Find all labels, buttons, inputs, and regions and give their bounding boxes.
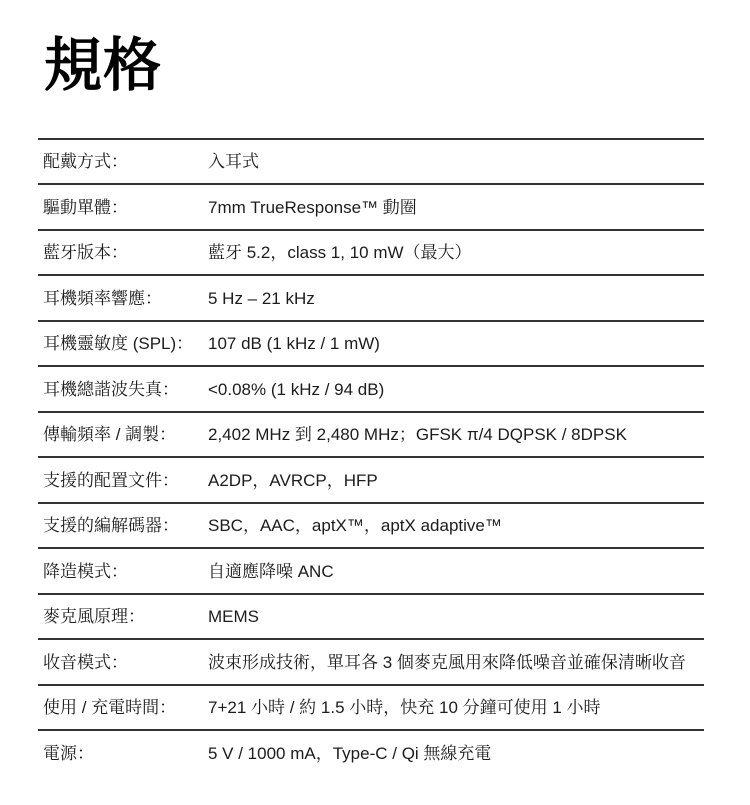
spec-table-row: 降造模式： 自適應降噪 ANC <box>38 547 704 593</box>
spec-table-row: 使用 / 充電時間： 7+21 小時 / 約 1.5 小時，快充 10 分鐘可使… <box>38 684 704 730</box>
spec-row-value: 7+21 小時 / 約 1.5 小時，快充 10 分鐘可使用 1 小時 <box>208 697 704 718</box>
spec-row-value: 入耳式 <box>208 151 704 172</box>
spec-table-row: 藍牙版本： 藍牙 5.2，class 1, 10 mW（最大） <box>38 229 704 275</box>
spec-row-value: 自適應降噪 ANC <box>208 561 704 582</box>
spec-table-row: 耳機頻率響應： 5 Hz – 21 kHz <box>38 274 704 320</box>
spec-row-label: 使用 / 充電時間： <box>38 697 208 718</box>
spec-row-value: 5 Hz – 21 kHz <box>208 288 704 309</box>
spec-row-value: 107 dB (1 kHz / 1 mW) <box>208 333 704 354</box>
spec-row-value: 5 V / 1000 mA，Type-C / Qi 無線充電 <box>208 743 704 764</box>
spec-row-label: 麥克風原理： <box>38 606 208 627</box>
spec-table-row: 配戴方式： 入耳式 <box>38 138 704 184</box>
spec-row-label: 驅動單體： <box>38 197 208 218</box>
spec-row-value: 7mm TrueResponse™ 動圈 <box>208 197 704 218</box>
spec-row-value: SBC，AAC，aptX™，aptX adaptive™ <box>208 515 704 536</box>
spec-table-row: 傳輸頻率 / 調製： 2,402 MHz 到 2,480 MHz；GFSK π/… <box>38 411 704 457</box>
spec-row-label: 收音模式： <box>38 652 208 673</box>
spec-row-value: <0.08% (1 kHz / 94 dB) <box>208 379 704 400</box>
spec-table-row: 電源： 5 V / 1000 mA，Type-C / Qi 無線充電 <box>38 729 704 775</box>
spec-row-value: 波束形成技術，單耳各 3 個麥克風用來降低噪音並確保清晰收音 <box>208 652 704 673</box>
spec-row-label: 傳輸頻率 / 調製： <box>38 424 208 445</box>
spec-row-value: A2DP，AVRCP，HFP <box>208 470 704 491</box>
spec-row-value: MEMS <box>208 606 704 627</box>
spec-table-row: 耳機靈敏度 (SPL)： 107 dB (1 kHz / 1 mW) <box>38 320 704 366</box>
spec-row-label: 耳機靈敏度 (SPL)： <box>38 333 208 354</box>
page-title: 規格 <box>0 0 750 97</box>
spec-row-value: 2,402 MHz 到 2,480 MHz；GFSK π/4 DQPSK / 8… <box>208 424 704 445</box>
spec-row-label: 藍牙版本： <box>38 242 208 263</box>
spec-row-label: 耳機頻率響應： <box>38 288 208 309</box>
spec-page: 規格 配戴方式： 入耳式 驅動單體： 7mm TrueResponse™ 動圈 … <box>0 0 750 805</box>
spec-row-label: 降造模式： <box>38 561 208 582</box>
spec-table-row: 麥克風原理： MEMS <box>38 593 704 639</box>
spec-row-label: 支援的配置文件： <box>38 470 208 491</box>
spec-row-label: 電源： <box>38 743 208 764</box>
spec-row-value: 藍牙 5.2，class 1, 10 mW（最大） <box>208 242 704 263</box>
spec-row-label: 耳機總諧波失真： <box>38 379 208 400</box>
spec-table-row: 驅動單體： 7mm TrueResponse™ 動圈 <box>38 183 704 229</box>
spec-table-row: 支援的配置文件： A2DP，AVRCP，HFP <box>38 456 704 502</box>
spec-table-row: 耳機總諧波失真： <0.08% (1 kHz / 94 dB) <box>38 365 704 411</box>
spec-table: 配戴方式： 入耳式 驅動單體： 7mm TrueResponse™ 動圈 藍牙版… <box>38 138 704 775</box>
spec-table-row: 支援的編解碼器： SBC，AAC，aptX™，aptX adaptive™ <box>38 502 704 548</box>
spec-table-row: 收音模式： 波束形成技術，單耳各 3 個麥克風用來降低噪音並確保清晰收音 <box>38 638 704 684</box>
spec-row-label: 支援的編解碼器： <box>38 515 208 536</box>
spec-row-label: 配戴方式： <box>38 151 208 172</box>
